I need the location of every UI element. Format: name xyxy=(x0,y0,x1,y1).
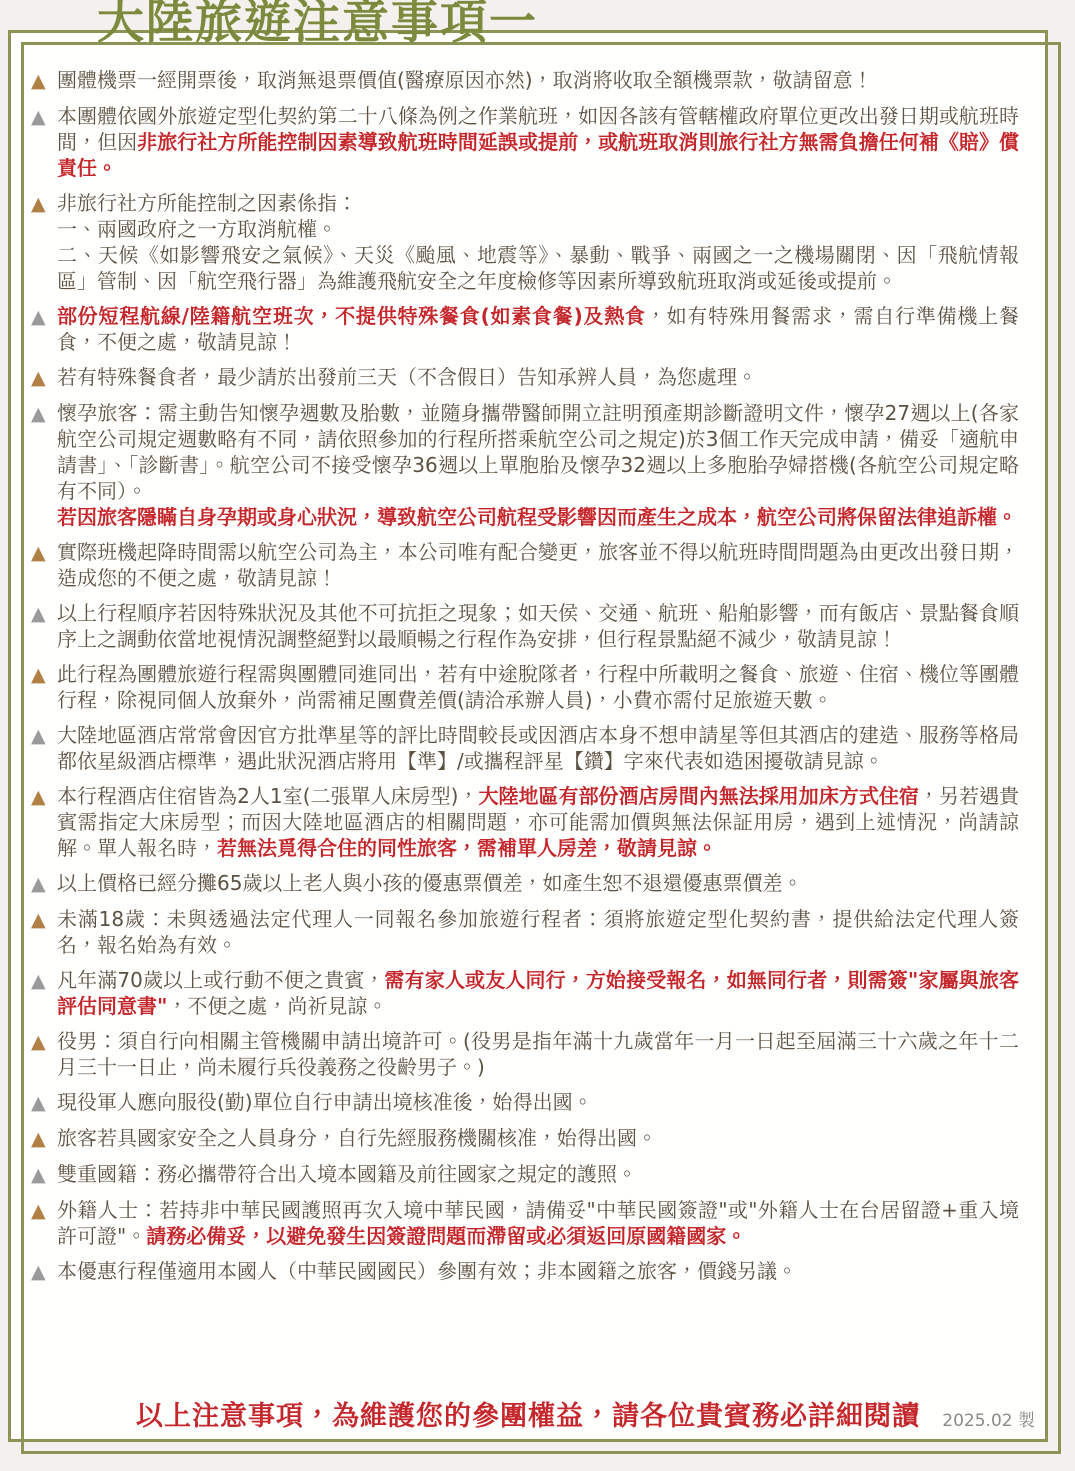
notice-item: ▲本團體依國外旅遊定型化契約第二十八條為例之作業航班，如因各該有管轄權政府單位更… xyxy=(31,103,1019,181)
notice-normal-text: 若有特殊餐食者，最少請於出發前三天（不含假日）告知承辨人員，為您處理。 xyxy=(57,365,757,389)
triangle-icon: ▲ xyxy=(31,68,57,94)
notice-normal-text: ，不便之處，尚祈見諒。 xyxy=(167,994,387,1018)
notice-text: 現役軍人應向服役(勤)單位自行申請出境核准後，始得出國。 xyxy=(57,1089,1019,1116)
notice-item: ▲外籍人士：若持非中華民國護照再次入境中華民國，請備妥"中華民國簽證"或"外籍人… xyxy=(31,1197,1019,1249)
footer-date: 2025.02 製 xyxy=(942,1406,1035,1431)
notice-item: ▲部份短程航線/陸籍航空班次，不提供特殊餐食(如素食餐)及熱食，如有特殊用餐需求… xyxy=(31,303,1019,355)
notice-item: ▲凡年滿70歲以上或行動不便之貴賓，需有家人或友人同行，方始接受報名，如無同行者… xyxy=(31,967,1019,1019)
notice-normal-text: 以上行程順序若因特殊狀況及其他不可抗拒之現象；如天侯、交通、航班、船舶影響，而有… xyxy=(57,601,1019,651)
notice-text: 部份短程航線/陸籍航空班次，不提供特殊餐食(如素食餐)及熱食，如有特殊用餐需求，… xyxy=(57,303,1019,355)
triangle-icon: ▲ xyxy=(31,784,57,861)
triangle-icon: ▲ xyxy=(31,401,57,530)
notice-item: ▲團體機票一經開票後，取消無退票價值(醫療原因亦然)，取消將收取全額機票款，敬請… xyxy=(31,67,1019,94)
notice-text: 以上價格已經分攤65歲以上老人與小孩的優惠票價差，如產生恕不退還優惠票價差。 xyxy=(57,870,1019,897)
notice-text: 此行程為團體旅遊行程需與團體同進同出，若有中途脫隊者，行程中所載明之餐食、旅遊、… xyxy=(57,661,1019,713)
notice-emphasis-text: 部份短程航線/陸籍航空班次，不提供特殊餐食(如素食餐)及熱食 xyxy=(57,304,646,328)
triangle-icon: ▲ xyxy=(31,968,57,1019)
triangle-icon: ▲ xyxy=(31,1029,57,1080)
notice-normal-text: 以上價格已經分攤65歲以上老人與小孩的優惠票價差，如產生恕不退還優惠票價差。 xyxy=(57,871,802,895)
notice-text: 實際班機起降時間需以航空公司為主，本公司唯有配合變更，旅客並不得以航班時間問題為… xyxy=(57,539,1019,591)
footer: 以上注意事項，為維護您的參團權益，請各位貴賓務必詳細閱讀 2025.02 製 xyxy=(11,1394,1045,1433)
notice-emphasis-text: 非旅行社方所能控制因素導致航班時間延誤或提前，或航班取消則旅行社方無需負擔任何補… xyxy=(57,130,1019,180)
triangle-icon: ▲ xyxy=(31,1162,57,1188)
triangle-icon: ▲ xyxy=(31,1198,57,1249)
triangle-icon: ▲ xyxy=(31,1259,57,1285)
notice-emphasis-text: 若因旅客隱瞞自身孕期或身心狀況，導致航空公司航程受影響因而產生之成本，航空公司將… xyxy=(57,505,1017,529)
notice-normal-text: 本優惠行程僅適用本國人（中華民國國民）參團有效；非本國籍之旅客，價錢另議。 xyxy=(57,1259,797,1283)
notice-text: 外籍人士：若持非中華民國護照再次入境中華民國，請備妥"中華民國簽證"或"外籍人士… xyxy=(57,1197,1019,1249)
notice-item: ▲以上價格已經分攤65歲以上老人與小孩的優惠票價差，如產生恕不退還優惠票價差。 xyxy=(31,870,1019,897)
notice-text: 團體機票一經開票後，取消無退票價值(醫療原因亦然)，取消將收取全額機票款，敬請留… xyxy=(57,67,1019,94)
notice-item: ▲大陸地區酒店常常會因官方批準星等的評比時間較長或因酒店本身不想申請星等但其酒店… xyxy=(31,722,1019,774)
notice-text: 以上行程順序若因特殊狀況及其他不可抗拒之現象；如天侯、交通、航班、船舶影響，而有… xyxy=(57,600,1019,652)
notice-normal-text: 大陸地區酒店常常會因官方批準星等的評比時間較長或因酒店本身不想申請星等但其酒店的… xyxy=(57,723,1019,773)
notice-normal-text: 凡年滿70歲以上或行動不便之貴賓， xyxy=(57,968,385,992)
notice-text: 役男：須自行向相關主管機關申請出境許可。(役男是指年滿十九歲當年一月一日起至屆滿… xyxy=(57,1028,1019,1080)
triangle-icon: ▲ xyxy=(31,191,57,294)
notice-normal-text: 本行程酒店住宿皆為2人1室(二張單人床房型)， xyxy=(57,784,479,808)
notice-text: 非旅行社方所能控制之因素係指： 一、兩國政府之一方取消航權。 二、天候《如影響飛… xyxy=(57,190,1019,294)
notice-text: 雙重國籍：務必攜帶符合出入境本國籍及前往國家之規定的護照。 xyxy=(57,1161,1019,1188)
triangle-icon: ▲ xyxy=(31,1126,57,1152)
notice-item: ▲非旅行社方所能控制之因素係指： 一、兩國政府之一方取消航權。 二、天候《如影響… xyxy=(31,190,1019,294)
notice-item: ▲本優惠行程僅適用本國人（中華民國國民）參團有效；非本國籍之旅客，價錢另議。 xyxy=(31,1258,1019,1285)
triangle-icon: ▲ xyxy=(31,601,57,652)
notice-normal-text: 未滿18歲：未與透過法定代理人一同報名參加旅遊行程者：須將旅遊定型化契約書，提供… xyxy=(57,907,1019,957)
notice-sheet: 大陸旅遊注意事項一 ▲團體機票一經開票後，取消無退票價值(醫療原因亦然)，取消將… xyxy=(8,30,1048,1442)
triangle-icon: ▲ xyxy=(31,723,57,774)
notice-item: ▲役男：須自行向相關主管機關申請出境許可。(役男是指年滿十九歲當年一月一日起至屆… xyxy=(31,1028,1019,1080)
notice-item: ▲此行程為團體旅遊行程需與團體同進同出，若有中途脫隊者，行程中所載明之餐食、旅遊… xyxy=(31,661,1019,713)
footer-notice: 以上注意事項，為維護您的參團權益，請各位貴賓務必詳細閱讀 xyxy=(136,1401,920,1432)
notice-item: ▲若有特殊餐食者，最少請於出發前三天（不含假日）告知承辨人員，為您處理。 xyxy=(31,364,1019,391)
triangle-icon: ▲ xyxy=(31,871,57,897)
notice-item: ▲本行程酒店住宿皆為2人1室(二張單人床房型)，大陸地區有部份酒店房間內無法採用… xyxy=(31,783,1019,861)
notice-text: 旅客若具國家安全之人員身分，自行先經服務機關核准，始得出國。 xyxy=(57,1125,1019,1152)
notice-normal-text: 現役軍人應向服役(勤)單位自行申請出境核准後，始得出國。 xyxy=(57,1090,593,1114)
notice-normal-text: 團體機票一經開票後，取消無退票價值(醫療原因亦然)，取消將收取全額機票款，敬請留… xyxy=(57,68,873,92)
triangle-icon: ▲ xyxy=(31,907,57,958)
notice-item: ▲懷孕旅客：需主動告知懷孕週數及胎數，並隨身攜帶醫師開立註明預產期診斷證明文件，… xyxy=(31,400,1019,530)
notice-text: 若有特殊餐食者，最少請於出發前三天（不含假日）告知承辨人員，為您處理。 xyxy=(57,364,1019,391)
notice-item: ▲實際班機起降時間需以航空公司為主，本公司唯有配合變更，旅客並不得以航班時間問題… xyxy=(31,539,1019,591)
triangle-icon: ▲ xyxy=(31,662,57,713)
notice-text: 未滿18歲：未與透過法定代理人一同報名參加旅遊行程者：須將旅遊定型化契約書，提供… xyxy=(57,906,1019,958)
notice-text: 本團體依國外旅遊定型化契約第二十八條為例之作業航班，如因各該有管轄權政府單位更改… xyxy=(57,103,1019,181)
triangle-icon: ▲ xyxy=(31,304,57,355)
notice-normal-text: 非旅行社方所能控制之因素係指： 一、兩國政府之一方取消航權。 二、天候《如影響飛… xyxy=(57,191,1019,293)
notice-normal-text: 實際班機起降時間需以航空公司為主，本公司唯有配合變更，旅客並不得以航班時間問題為… xyxy=(57,540,1019,590)
notice-text: 本行程酒店住宿皆為2人1室(二張單人床房型)，大陸地區有部份酒店房間內無法採用加… xyxy=(57,783,1019,861)
notice-item: ▲現役軍人應向服役(勤)單位自行申請出境核准後，始得出國。 xyxy=(31,1089,1019,1116)
notice-list: ▲團體機票一經開票後，取消無退票價值(醫療原因亦然)，取消將收取全額機票款，敬請… xyxy=(11,33,1045,1285)
notice-text: 本優惠行程僅適用本國人（中華民國國民）參團有效；非本國籍之旅客，價錢另議。 xyxy=(57,1258,1019,1285)
notice-normal-text: 懷孕旅客：需主動告知懷孕週數及胎數，並隨身攜帶醫師開立註明預產期診斷證明文件，懷… xyxy=(57,401,1019,503)
notice-normal-text: 役男：須自行向相關主管機關申請出境許可。(役男是指年滿十九歲當年一月一日起至屆滿… xyxy=(57,1029,1019,1079)
notice-normal-text: 此行程為團體旅遊行程需與團體同進同出，若有中途脫隊者，行程中所載明之餐食、旅遊、… xyxy=(57,662,1019,712)
notice-item: ▲以上行程順序若因特殊狀況及其他不可抗拒之現象；如天侯、交通、航班、船舶影響，而… xyxy=(31,600,1019,652)
notice-item: ▲旅客若具國家安全之人員身分，自行先經服務機關核准，始得出國。 xyxy=(31,1125,1019,1152)
notice-normal-text: 旅客若具國家安全之人員身分，自行先經服務機關核准，始得出國。 xyxy=(57,1126,657,1150)
triangle-icon: ▲ xyxy=(31,1090,57,1116)
notice-text: 凡年滿70歲以上或行動不便之貴賓，需有家人或友人同行，方始接受報名，如無同行者，… xyxy=(57,967,1019,1019)
notice-emphasis-text: 請務必備妥，以避免發生因簽證問題而滯留或必須返回原國籍國家。 xyxy=(146,1224,746,1248)
triangle-icon: ▲ xyxy=(31,540,57,591)
notice-item: ▲雙重國籍：務必攜帶符合出入境本國籍及前往國家之規定的護照。 xyxy=(31,1161,1019,1188)
page-title: 大陸旅遊注意事項一 xyxy=(97,0,538,49)
notice-text: 大陸地區酒店常常會因官方批準星等的評比時間較長或因酒店本身不想申請星等但其酒店的… xyxy=(57,722,1019,774)
triangle-icon: ▲ xyxy=(31,365,57,391)
notice-emphasis-text: 大陸地區有部份酒店房間內無法採用加床方式住宿 xyxy=(479,784,919,808)
notice-text: 懷孕旅客：需主動告知懷孕週數及胎數，並隨身攜帶醫師開立註明預產期診斷證明文件，懷… xyxy=(57,400,1019,530)
triangle-icon: ▲ xyxy=(31,104,57,181)
notice-item: ▲未滿18歲：未與透過法定代理人一同報名參加旅遊行程者：須將旅遊定型化契約書，提… xyxy=(31,906,1019,958)
notice-normal-text: 雙重國籍：務必攜帶符合出入境本國籍及前往國家之規定的護照。 xyxy=(57,1162,637,1186)
notice-emphasis-text: 若無法覓得合住的同性旅客，需補單人房差，敬請見諒。 xyxy=(217,836,717,860)
